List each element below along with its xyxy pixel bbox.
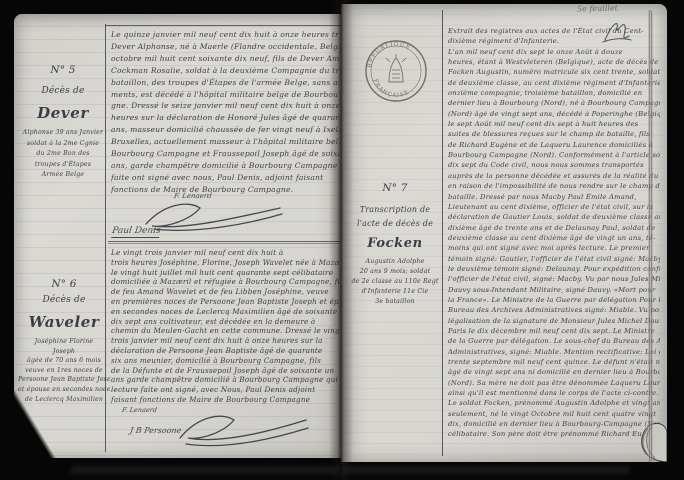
margin-detail-line: d'Infanterie 11e Cie [351,287,439,297]
text-line: ans, garde champêtre domicilié à Bourbou… [111,160,339,172]
text-line: lecture faite ont signé, avec Nous, Paul… [111,385,339,395]
act-title: Décès de [18,86,108,96]
text-line: moins qui ont signé avec moi après lectu… [448,243,660,253]
deceased-name: Waveler [18,313,110,331]
text-line: le vingt huit juillet mil huit cent quar… [111,268,339,278]
text-line: (Nord) âgé de vingt sept ans, décédé à P… [448,109,660,119]
text-line: Cockman Rosalie, soldat à la deuxième Co… [111,65,339,77]
text-line: de deuxième classe, au cent dixième régi… [448,78,660,88]
margin-detail-line: Augustin Adolphe [351,257,439,267]
act-title-2: l'acte de décès de [351,219,439,228]
text-line: Le vingt trois janvier mil neuf cent dix… [111,248,339,258]
text-line: ans garde champêtre domicilié à Bourbour… [111,375,339,385]
text-line: dix sept du Code civil, nous nous sommes… [448,160,660,170]
text-line: octobre mil huit cent soixante dix neuf,… [111,53,339,65]
text-line: Dauvy sous-Intendant Militaire, signé Da… [448,285,660,295]
text-line: domiciliée à Mazæril et réfugiée à Bourb… [111,277,339,287]
text-line: Bourbourg Campagne et Fraussepoil Joseph… [111,148,339,160]
text-line: témoin signé: Gautier, l'officier de l'é… [448,254,660,264]
text-line: Bruxelles, actuellement masseur à l'hôpi… [111,136,339,148]
text-line: (Nord). Sa mère ne doit pas être dénommé… [448,378,660,388]
margin-detail-line: soldat à la 2me Cgnie [18,139,108,150]
text-line: déclaration de Gautier Louis, soldat de … [448,212,660,222]
text-line: heures, étant à Westvleteren (Belgique),… [448,57,660,67]
left-page: N° 5 Décès de Dever Alphonse 39 ans Janv… [14,14,341,458]
text-line: trois janvier mil neuf cent dix huit à o… [111,336,339,346]
header-rule [105,25,341,26]
text-line: Administratives, signé: Miable. Mention … [448,347,660,357]
margin-detail-line: Armée Belge [18,170,108,181]
text-line: auprès de la personne décédée et assurés… [448,171,660,181]
text-line: Focken Augustin, numéro matricule six ce… [448,67,660,77]
text-line: suites de blessures reçues sur le champ … [448,129,660,139]
act-number: N° 6 [51,278,76,290]
corner-shadow-wedge [10,386,56,462]
text-line: ainsi qu'il est mentionné dans le corps … [448,388,660,398]
text-line: de la Guerre par délégation. Le sous-che… [448,336,660,346]
scanned-register-spread: N° 5 Décès de Dever Alphonse 39 ans Janv… [0,0,684,480]
margin-detail-line: veuve en 1res noces de [18,366,110,376]
margin-detail-line: 3e bataillon [351,297,439,307]
margin-note-act7: N° 7 Transcription de l'acte de décès de… [351,176,439,307]
act-separator-line [108,241,340,242]
text-line: dixième âgé de trente ans et de Delaunay… [448,223,660,233]
text-line: Bureau des Archives Administratives sign… [448,305,660,315]
text-line: six ans meunier, domicilié à Bourbourg C… [111,356,339,366]
text-line: faisant fonctions de Maire de Bourbourg … [111,395,339,405]
margin-detail-line: Joseph [18,347,110,357]
text-line: ans, masseur domicilié chaussée de fer v… [111,124,339,136]
margin-detail-line: troupes d'Étapes [18,160,108,171]
text-line: dix sept ans cultivateur, est décédée en… [111,317,339,327]
text-line: le sept Août mil neuf cent dix sept à hu… [448,119,660,129]
text-line: bataillon, des troupes d'Étapes de l'arm… [111,77,339,89]
text-line: Bourbourg Campagne (Nord). Conformément … [448,150,660,160]
margin-separator-rule [105,24,106,452]
text-line: en secondes noces de Leclercq Maximilien… [111,307,339,317]
text-line: deuxième classe au cent dixième âgé de v… [448,233,660,243]
text-line: la France». Le Ministre de la Guerre par… [448,295,660,305]
text-line: trente septembre mil neuf cent quinze. L… [448,357,660,367]
margin-detail-line: 20 ans 9 mois; soldat [351,267,439,277]
act5-text: Le quinze janvier mil neuf cent dix huit… [111,29,339,196]
text-line: l'officier de l'état civil, signé: Macby… [448,274,660,284]
margin-details: Alphonse 39 ans Janvier soldat à la 2me … [18,128,108,181]
text-line: ments, est décédé à l'hôpital militaire … [111,89,339,101]
text-line: dix, domicilié en dernier lieu à Bourbou… [448,419,660,429]
officer-signature: Paul Denis [111,226,161,238]
text-line: gne. Dressé le seize janvier mil neuf ce… [111,100,339,112]
act6-text: Le vingt trois janvier mil neuf cent dix… [111,248,339,405]
act-number: N° 5 [50,64,75,76]
stamp-text-top: RÉPUBLIQUE [367,42,412,68]
republique-francaise-stamp-icon: RÉPUBLIQUE FRANÇAISE [363,38,429,104]
act-number: N° 7 [382,182,407,194]
svg-text:FRANÇAISE: FRANÇAISE [372,78,411,99]
text-line: âgé de vingt sept ans ni domicilié en de… [448,367,660,377]
text-line: onzième compagnie, troisième bataillon, … [448,88,660,98]
margin-note-act6: N° 6 Décès de Waveler Joséphine Florine … [18,272,110,404]
text-line: Le soldat Focken, prénommé Augustin Adol… [448,398,660,408]
margin-detail-line: âgée de 70 ans 6 mois [18,356,110,366]
page-edge-stack [648,10,653,462]
text-line: dernier lieu à Bourbourg (Nord), né à Bo… [448,98,660,108]
act-title: Décès de [18,295,110,305]
act-title: Transcription de [351,205,439,214]
text-line: Extrait des registres aux actes de l'Éta… [448,26,660,36]
text-line: déclaration de Persoone Jean Baptiste âg… [111,346,339,356]
margin-detail-line: de 2e classe au 110e Regt [351,277,439,287]
text-line: en premières noces de Persoone Jean Bapt… [111,297,339,307]
witness-signature: F. Lenaerd [121,406,157,414]
text-line: de Richard Eugène et de Laqueru Laurence… [448,140,660,150]
text-line: L'an mil neuf cent dix sept le onze Août… [448,47,660,57]
text-line: dixième régiment d'Infanterie. [448,36,660,46]
text-line: fonctions de Maire de Bourbourg Campagne… [111,184,339,196]
text-line: seulement, né le vingt Octobre mil huit … [448,409,660,419]
text-line: Dever Alphonse, né à Maerle (Flandre occ… [111,41,339,53]
text-line: Le quinze janvier mil neuf cent dix huit… [111,29,339,41]
text-line: célibataire. Son père doit être prénommé… [448,429,660,439]
margin-detail-line: du 2me Bon des [18,149,108,160]
text-line: en raison de l'impossibilité de nous ren… [448,181,660,191]
transcription-text: Extrait des registres aux actes de l'Éta… [448,26,660,440]
deceased-name: Dever [18,104,108,122]
folio-note: 5e feuillet [577,3,618,13]
signature-flourish [172,408,312,450]
text-line: de feu Amand Wavelet et de feu Libben Jo… [111,287,339,297]
margin-separator-rule [442,10,443,456]
margin-note-act5: N° 5 Décès de Dever Alphonse 39 ans Janv… [18,58,108,181]
act-separator-line-2 [108,243,340,244]
margin-detail-line: Persoone Jean Baptiste Joseph [18,375,110,385]
text-line: Paris le dix décembre mil neuf cent dix … [448,326,660,336]
margin-detail-line: Alphonse 39 ans Janvier [18,128,108,139]
scan-artifact [70,466,630,474]
text-line: Lieutenant au cent dixième, officier de … [448,202,660,212]
deceased-name: Focken [351,236,439,251]
text-line: trois heures Joséphine, Florine, Joseph … [111,258,339,268]
text-line: heures sur la déclaration de Honoré Jule… [111,112,339,124]
right-page: 5e feuillet RÉPUBLIQUE FRANÇAISE N° 7 Tr… [341,4,667,462]
stamp-text-bottom: FRANÇAISE [372,78,411,99]
text-line: légalisation de la signature de Monsieur… [448,316,660,326]
margin-detail-line: Joséphine Florine [18,337,110,347]
text-line: faite ont signé avec nous, Paul Denis, a… [111,172,339,184]
text-line: le deuxième témoin signé: Delaunay. Pour… [448,264,660,274]
text-line: de la Défunte et de Fraussepoil Joseph â… [111,366,339,376]
text-line: bataille. Dressé par nous Macby Paul Émi… [448,192,660,202]
margin-details: Augustin Adolphe 20 ans 9 mois; soldat d… [351,257,439,307]
svg-text:RÉPUBLIQUE: RÉPUBLIQUE [367,42,412,68]
text-line: chemin du Meulen-Gacht en cette commune.… [111,326,339,336]
